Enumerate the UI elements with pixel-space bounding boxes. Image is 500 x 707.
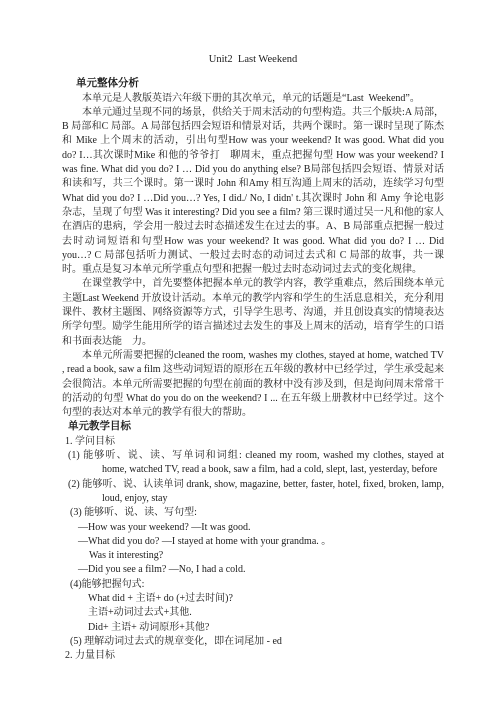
goal-item-1: (1) 能够听、说、读、写单词和词组: cleaned my room, was… — [68, 449, 444, 478]
sentence-pattern-line: 主语+动词过去式+其他. — [88, 606, 444, 620]
section-goals-heading: 单元教学目标 — [68, 420, 444, 434]
analysis-paragraph-4: 本单元所需要把握的cleaned the room, washes my clo… — [62, 349, 444, 420]
analysis-paragraph-1: 本单元是人教版英语六年级下册的其次单元，单元的话题是“Last Weekend”… — [62, 92, 444, 106]
goal-item-2: (2) 能够听、说、认读单词 drank, show, magazine, be… — [68, 478, 444, 507]
knowledge-goal-title: 1. 学问目标 — [65, 435, 444, 449]
analysis-paragraph-3: 在课堂教学中，首先要整体把握本单元的教学内容，教学重难点，然后围绕本单元主题La… — [62, 277, 444, 348]
dialogue-line: Was it interesting? — [89, 549, 444, 563]
ability-goal-title: 2. 力量目标 — [65, 649, 444, 663]
goal-item-3-title: (3) 能够听、说、读、写句型: — [70, 506, 444, 520]
dialogue-line: —What did you do? —I stayed at home with… — [78, 535, 444, 549]
document-content: Unit2 Last Weekend 单元整体分析 本单元是人教版英语六年级下册… — [62, 53, 444, 663]
document-page: Unit2 Last Weekend 单元整体分析 本单元是人教版英语六年级下册… — [0, 0, 500, 707]
goal-item-4-title: (4)能够把握句式: — [70, 578, 444, 592]
dialogue-line: —Did you see a film? —No, I had a cold. — [78, 563, 444, 577]
analysis-paragraph-2: 本单元通过呈现不同的场景，供给关于周末活动的句型构造。共三个版块:A 局部， B… — [62, 106, 444, 278]
dialogue-line: —How was your weekend? —It was good. — [78, 521, 444, 535]
sentence-pattern-line: What did + 主语+ do (+过去时间)? — [88, 592, 444, 606]
document-title: Unit2 Last Weekend — [62, 53, 444, 67]
section-analysis-heading: 单元整体分析 — [76, 77, 444, 91]
sentence-pattern-line: Did+ 主语+ 动词原形+其他? — [88, 621, 444, 635]
goal-item-5: (5) 理解动词过去式的规章变化，即在词尾加 - ed — [70, 635, 444, 649]
